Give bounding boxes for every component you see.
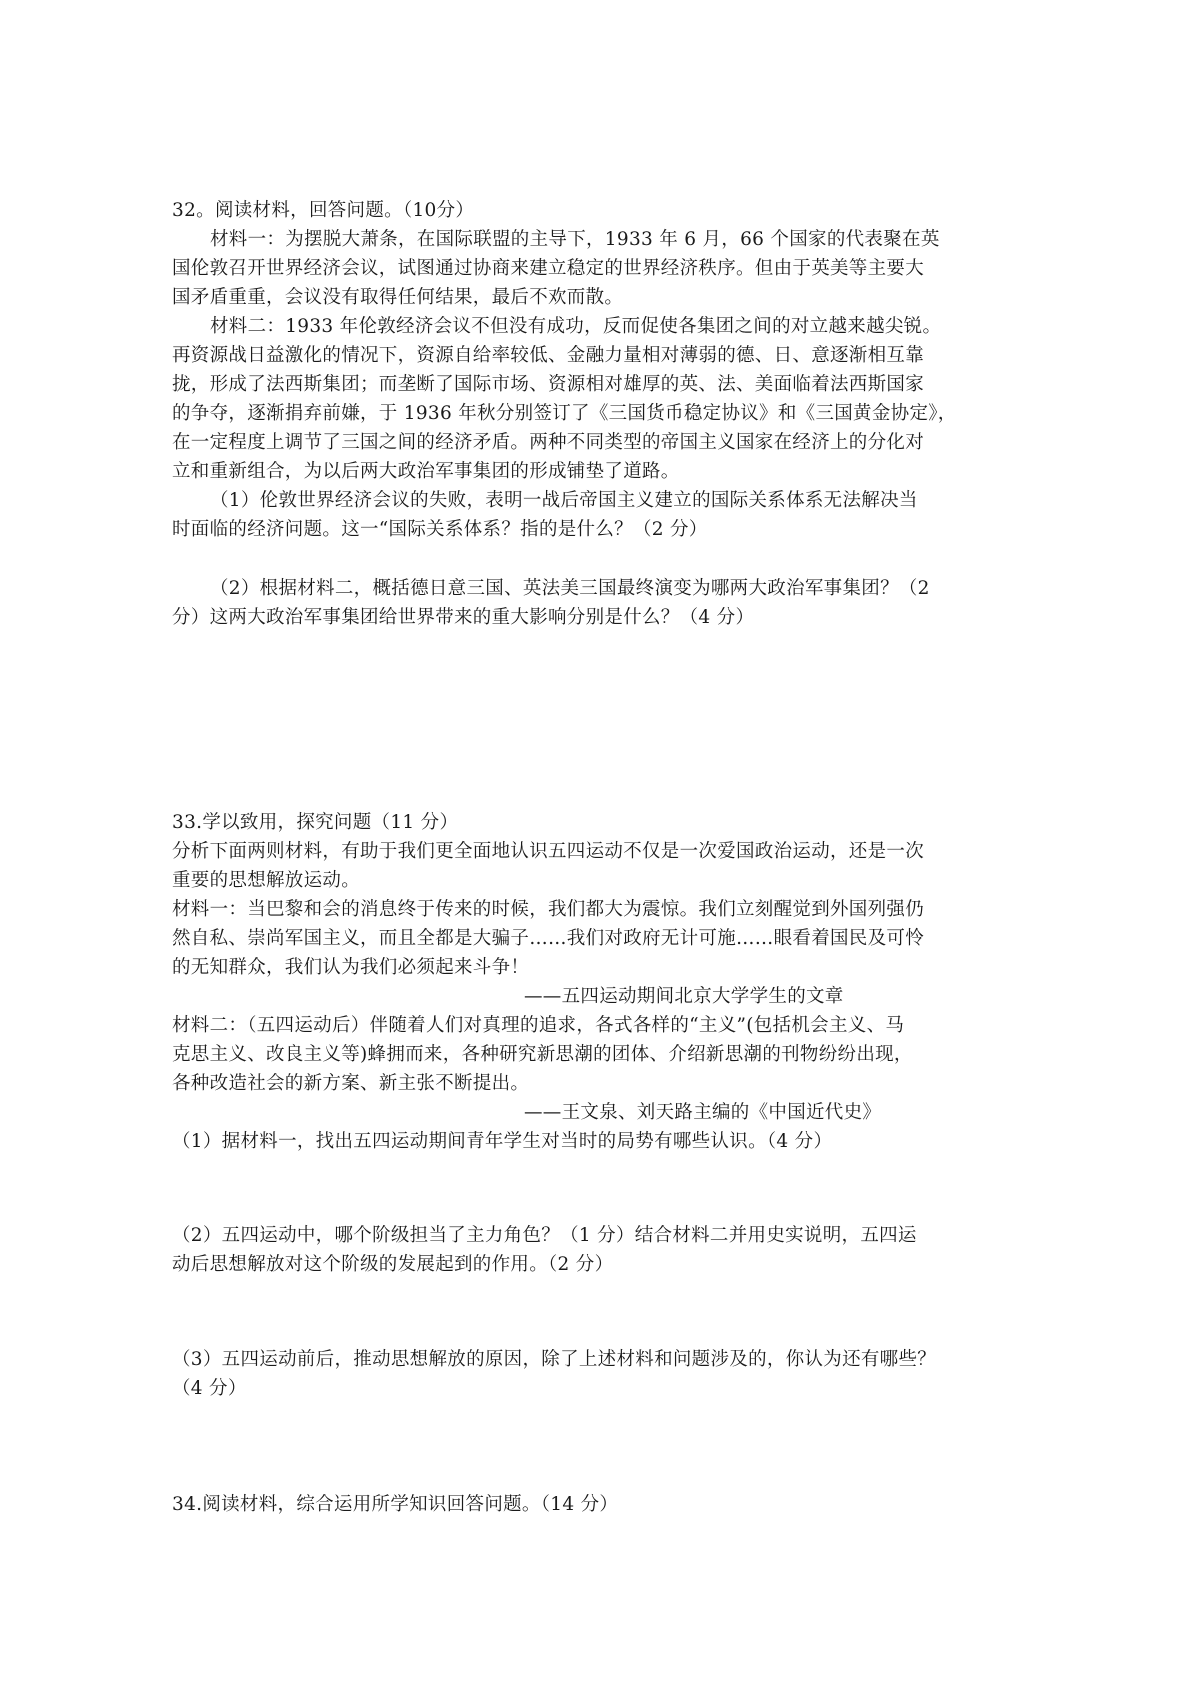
q32-subquestion-2: （2）根据材料二，概括德日意三国、英法美三国最终演变为哪两大政治军事集团？（2 xyxy=(172,574,1072,603)
q32-material1-line: 国伦敦召开世界经济会议，试图通过协商来建立稳定的世界经济秩序。但由于英美等主要大 xyxy=(172,254,1034,283)
q33-intro-line: 分析下面两则材料，有助于我们更全面地认识五四运动不仅是一次爱国政治运动，还是一次 xyxy=(172,837,1034,866)
q33-material1-source: ——五四运动期间北京大学学生的文章 xyxy=(172,982,1200,1011)
q33-material1-line: 材料一：当巴黎和会的消息终于传来的时候，我们都大为震惊。我们立刻醒觉到外国列强仍 xyxy=(172,895,1034,924)
q32-material1-line: 国矛盾重重，会议没有取得任何结果，最后不欢而散。 xyxy=(172,283,1034,312)
q32-material2-line: 拢，形成了法西斯集团；而垄断了国际市场、资源相对雄厚的英、法、美面临着法西斯国家 xyxy=(172,370,1034,399)
q33-material2-line: 材料二：（五四运动后）伴随着人们对真理的追求，各式各样的“主义”(包括机会主义、… xyxy=(172,1011,1034,1040)
q32-subquestion-1: （1）伦敦世界经济会议的失败，表明一战后帝国主义建立的国际关系体系无法解决当 xyxy=(172,486,1072,515)
q33-material2-line: 各种改造社会的新方案、新主张不断提出。 xyxy=(172,1069,1034,1098)
q33-material1-line: 的无知群众，我们认为我们必须起来斗争！ xyxy=(172,953,1034,982)
q32-subquestion-2: 分）这两大政治军事集团给世界带来的重大影响分别是什么？（4 分） xyxy=(172,603,1034,632)
q32-material2-line: 在一定程度上调节了三国之间的经济矛盾。两种不同类型的帝国主义国家在经济上的分化对 xyxy=(172,428,1034,457)
q32-material2-line: 材料二：1933 年伦敦经济会议不但没有成功，反而促使各集团之间的对立越来越尖锐… xyxy=(172,312,1072,341)
q33-material2-line: 克思主义、改良主义等)蜂拥而来，各种研究新思潮的团体、介绍新思潮的刊物纷纷出现， xyxy=(172,1040,1034,1069)
q32-material2-line: 立和重新组合，为以后两大政治军事集团的形成铺垫了道路。 xyxy=(172,457,1034,486)
q32-title: 32。阅读材料，回答问题。（10分） xyxy=(172,196,1034,225)
q33-title: 33.学以致用，探究问题（11 分） xyxy=(172,808,1034,837)
q33-intro-line: 重要的思想解放运动。 xyxy=(172,866,1034,895)
q33-subquestion-3: （3）五四运动前后，推动思想解放的原因，除了上述材料和问题涉及的，你认为还有哪些… xyxy=(172,1345,1034,1374)
q33-material1-line: 然自私、崇尚军国主义，而且全都是大骗子……我们对政府无计可施……眼看着国民及可怜 xyxy=(172,924,1034,953)
q32-material2-line: 的争夺，逐渐捐弃前嫌，于 1936 年秋分别签订了《三国货币稳定协议》和《三国黄… xyxy=(172,399,1034,428)
q32-subquestion-1: 时面临的经济问题。这一“国际关系体系？指的是什么？（2 分） xyxy=(172,515,1034,544)
q33-subquestion-2: （2）五四运动中，哪个阶级担当了主力角色？（1 分）结合材料二并用史实说明，五四… xyxy=(172,1221,1034,1250)
q33-subquestion-1: （1）据材料一，找出五四运动期间青年学生对当时的局势有哪些认识。（4 分） xyxy=(172,1127,1034,1156)
q32-material2-line: 再资源战日益激化的情况下，资源自给率较低、金融力量相对薄弱的德、日、意逐渐相互靠 xyxy=(172,341,1034,370)
q33-subquestion-2: 动后思想解放对这个阶级的发展起到的作用。（2 分） xyxy=(172,1250,1034,1279)
q33-subquestion-3: （4 分） xyxy=(172,1374,1034,1403)
q34-title: 34.阅读材料，综合运用所学知识回答问题。（14 分） xyxy=(172,1490,1034,1519)
q33-material2-source: ——王文泉、刘天路主编的《中国近代史》 xyxy=(172,1098,1200,1127)
q32-material1-line: 材料一：为摆脱大萧条，在国际联盟的主导下，1933 年 6 月，66 个国家的代… xyxy=(172,225,1072,254)
